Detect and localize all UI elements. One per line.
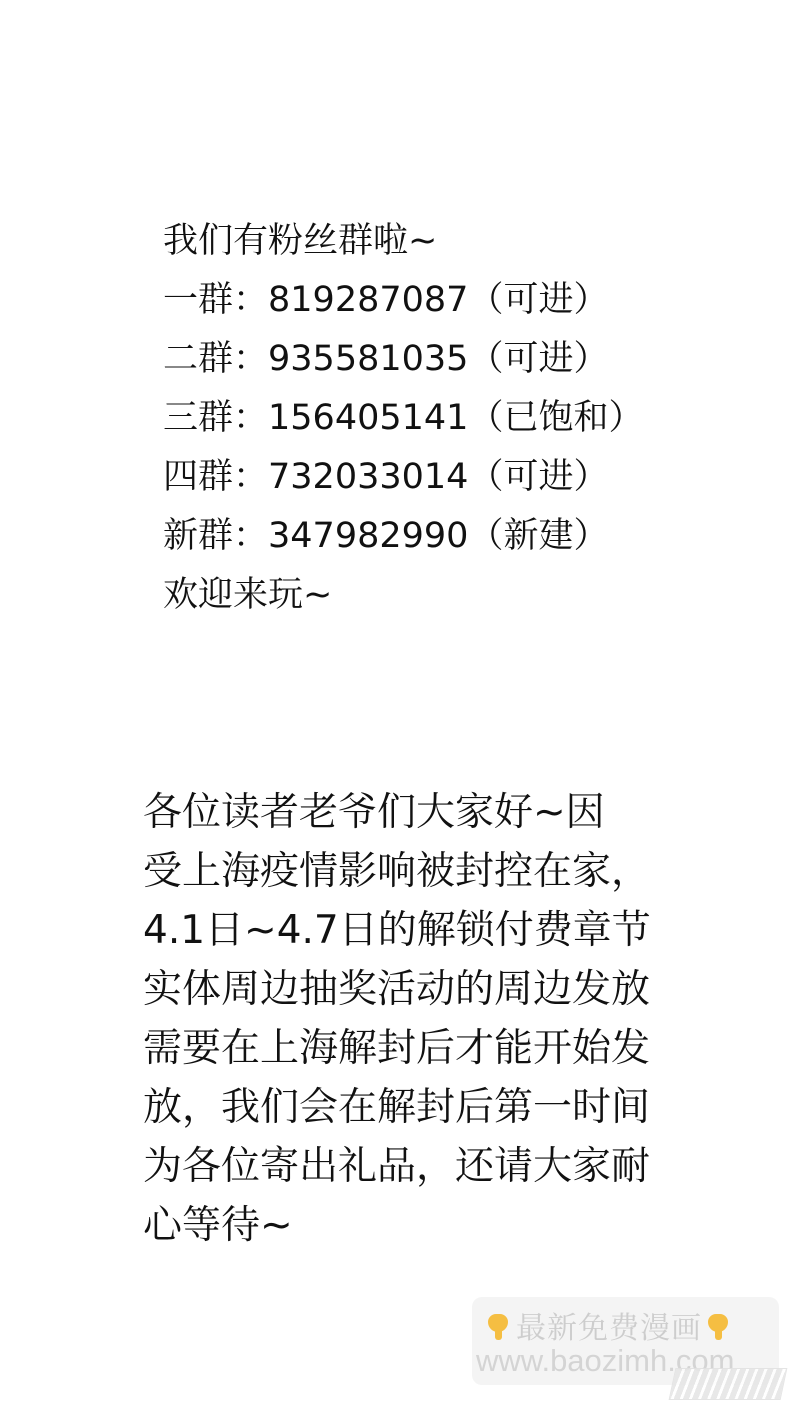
publisher-logo [669, 1368, 788, 1400]
fan-group-announcement: 我们有粉丝群啦~ 一群：819287087（可进） 二群：935581035（可… [163, 212, 643, 625]
group-status: （可进） [468, 339, 608, 379]
fan-group-row: 一群：819287087（可进） [163, 271, 643, 330]
shipping-delay-notice: 各位读者老爷们大家好~因 受上海疫情影响被封控在家， 4.1日~4.7日的解锁付… [143, 783, 703, 1255]
group-number: 156405141 [268, 398, 468, 438]
group-label: 一群： [163, 280, 268, 320]
pointing-down-hand-icon [706, 1310, 732, 1340]
fan-group-row: 新群：347982990（新建） [163, 507, 643, 566]
notice-line: 受上海疫情影响被封控在家， [143, 842, 703, 901]
notice-line: 4.1日~4.7日的解锁付费章节 [143, 901, 703, 960]
watermark-headline-row: 最新免费漫画 [486, 1303, 732, 1347]
pointing-down-hand-icon [486, 1310, 512, 1340]
group-label: 三群： [163, 398, 268, 438]
group-status: （已饱和） [468, 398, 643, 438]
group-number: 935581035 [268, 339, 468, 379]
watermark-headline: 最新免费漫画 [516, 1303, 702, 1347]
group-status: （可进） [468, 457, 608, 497]
notice-line: 各位读者老爷们大家好~因 [143, 783, 703, 842]
group-number: 819287087 [268, 280, 468, 320]
fan-group-row: 三群：156405141（已饱和） [163, 389, 643, 448]
group-label: 新群： [163, 516, 268, 556]
notice-line: 心等待~ [143, 1196, 703, 1255]
group-label: 二群： [163, 339, 268, 379]
notice-line: 为各位寄出礼品，还请大家耐 [143, 1137, 703, 1196]
group-label: 四群： [163, 457, 268, 497]
notice-line: 需要在上海解封后才能开始发 [143, 1019, 703, 1078]
group-status: （新建） [468, 516, 608, 556]
group-number: 347982990 [268, 516, 468, 556]
notice-line: 放，我们会在解封后第一时间 [143, 1078, 703, 1137]
group-status: （可进） [468, 280, 608, 320]
fan-group-row: 四群：732033014（可进） [163, 448, 643, 507]
notice-line: 实体周边抽奖活动的周边发放 [143, 960, 703, 1019]
fan-group-row: 二群：935581035（可进） [163, 330, 643, 389]
fan-group-title: 我们有粉丝群啦~ [163, 212, 643, 271]
fan-group-closing: 欢迎来玩~ [163, 566, 643, 625]
group-number: 732033014 [268, 457, 468, 497]
